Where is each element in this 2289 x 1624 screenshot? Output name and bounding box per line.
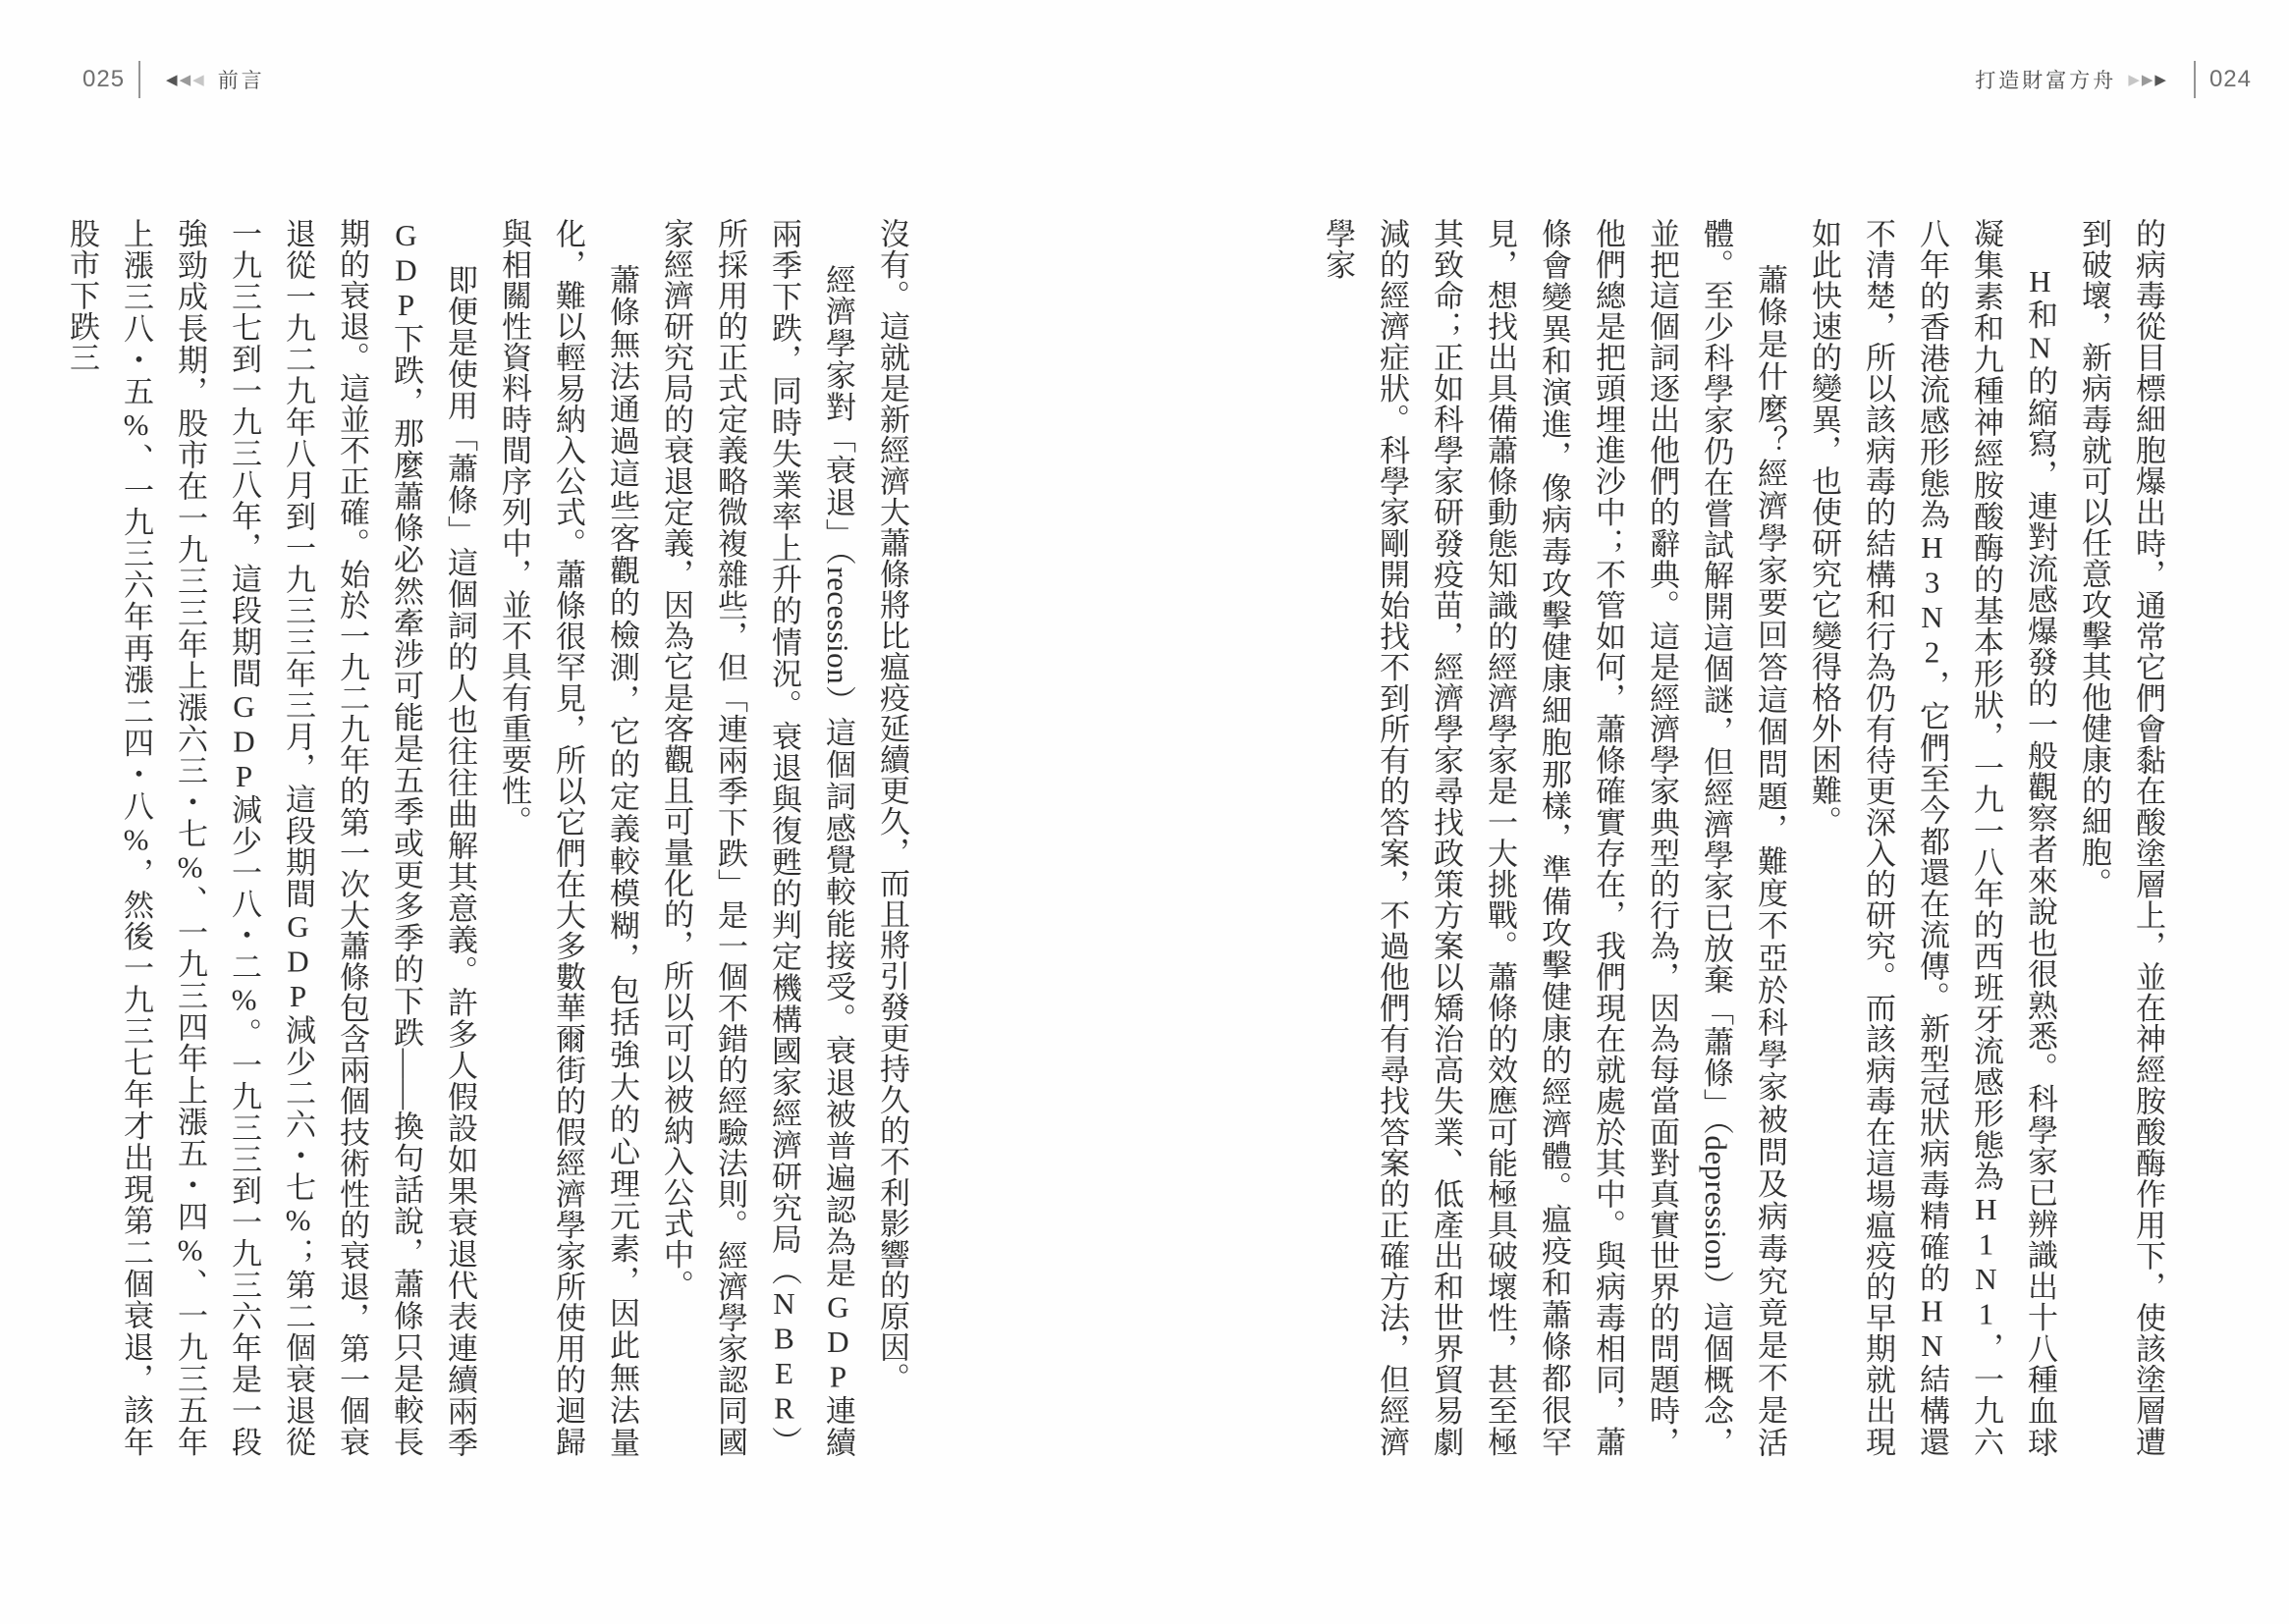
header-divider-icon — [2194, 61, 2196, 98]
back-arrow-icon: ◀ — [192, 71, 206, 88]
forward-arrow-icon: ▶ — [2128, 71, 2142, 88]
paragraph: 沒有。這就是新經濟大蕭條將比瘟疫延續更久，而且將引發更持久的不利影響的原因。 — [865, 218, 919, 1457]
page-number-right: 024 — [2209, 66, 2252, 93]
forward-arrows-icon: ▶ ▶ ▶ — [2128, 71, 2168, 88]
paragraph: 蕭條是什麼？經濟學家要回答這個問題，難度不亞於科學家被問及病毒究竟是不是活體。至… — [1311, 218, 1797, 1457]
page-number-left: 025 — [82, 66, 125, 93]
paragraph: 的病毒從目標細胞爆出時，通常它們會黏在酸塗層上，並在神經胺酸酶作用下，使該塗層遭… — [2067, 218, 2175, 1457]
back-arrow-icon: ◀ — [166, 71, 180, 88]
paragraph: 經濟學家對「衰退」（recession）這個詞感覺較能接受。衰退被普遍認為是GD… — [649, 218, 865, 1457]
page-body-right: 的病毒從目標細胞爆出時，通常它們會黏在酸塗層上，並在神經胺酸酶作用下，使該塗層遭… — [1358, 218, 2175, 1457]
book-spread: 025 ◀ ◀ ◀ 前言 沒有。這就是新經濟大蕭條將比瘟疫延續更久，而且將引發更… — [0, 0, 2289, 1624]
running-head-left: 025 ◀ ◀ ◀ 前言 — [82, 61, 265, 98]
section-title: 前言 — [218, 65, 265, 94]
forward-arrow-icon: ▶ — [2142, 71, 2155, 88]
back-arrows-icon: ◀ ◀ ◀ — [166, 71, 206, 88]
running-head-right: 打造財富方舟 ▶ ▶ ▶ 024 — [1975, 61, 2252, 98]
book-title: 打造財富方舟 — [1975, 65, 2116, 94]
page-body-left: 沒有。這就是新經濟大蕭條將比瘟疫延續更久，而且將引發更持久的不利影響的原因。經濟… — [102, 218, 919, 1457]
forward-arrow-icon: ▶ — [2154, 71, 2168, 88]
header-divider-icon — [138, 61, 140, 98]
paragraph: 蕭條無法通過這些客觀的檢測，它的定義較模糊，包括強大的心理元素，因此無法量化，難… — [487, 218, 649, 1457]
paragraph: 即便是使用「蕭條」這個詞的人也往往曲解其意義。許多人假設如果衰退代表連續兩季GD… — [55, 218, 487, 1457]
paragraph: H和N的縮寫，連對流感爆發的一般觀察者來說也很熟悉。科學家已辨識出十八種血球凝集… — [1797, 218, 2067, 1457]
back-arrow-icon: ◀ — [180, 71, 193, 88]
